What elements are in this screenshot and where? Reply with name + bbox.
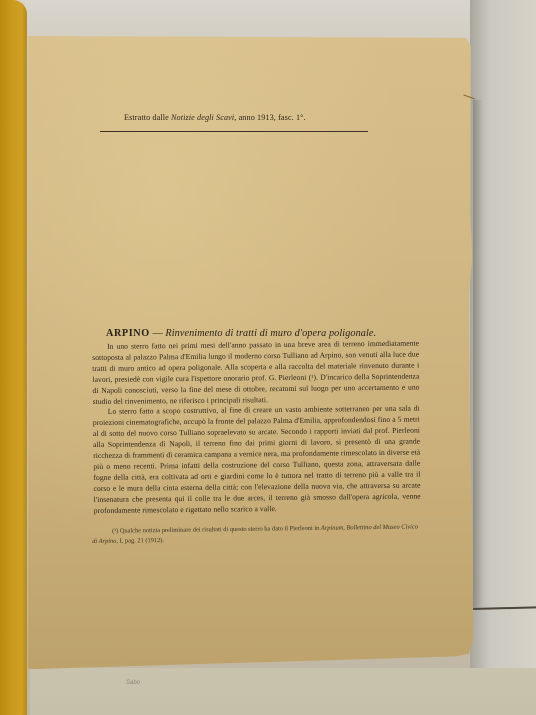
header-rule — [100, 131, 368, 132]
page-shadow — [473, 100, 483, 610]
article: ARPINO — Rinvenimento di tratti di muro … — [92, 328, 419, 546]
yellow-folder-edge — [0, 0, 27, 715]
article-paragraph: In uno sterro fatto nei primi mesi dell'… — [92, 339, 420, 408]
footnote: (¹) Qualche notizia preliminare dei risu… — [92, 522, 419, 546]
header-prefix: Estratto dalle — [124, 113, 169, 122]
header-suffix: , anno 1913, fasc. 1°. — [234, 113, 305, 122]
article-subtitle: Rinvenimento di tratti di muro d'opera p… — [165, 328, 376, 339]
article-paragraph: Lo sterro fatto a scopo costruttivo, al … — [93, 404, 421, 516]
article-title: ARPINO — Rinvenimento di tratti di muro … — [92, 328, 419, 339]
article-place: ARPINO — [106, 328, 150, 339]
footnote-reference: , I, pag. 21 (1912). — [116, 536, 164, 544]
pencil-note: Sabo — [126, 680, 140, 686]
article-body: In uno sterro fatto nei primi mesi dell'… — [92, 339, 421, 517]
background-desk — [30, 668, 536, 715]
header-journal: Notizie degli Scavi — [171, 113, 234, 122]
footnote-text: (¹) Qualche notizia preliminare dei risu… — [112, 524, 321, 534]
title-dash: — — [150, 328, 166, 339]
offprint-header: Estratto dalle Notizie degli Scavi, anno… — [124, 113, 306, 122]
